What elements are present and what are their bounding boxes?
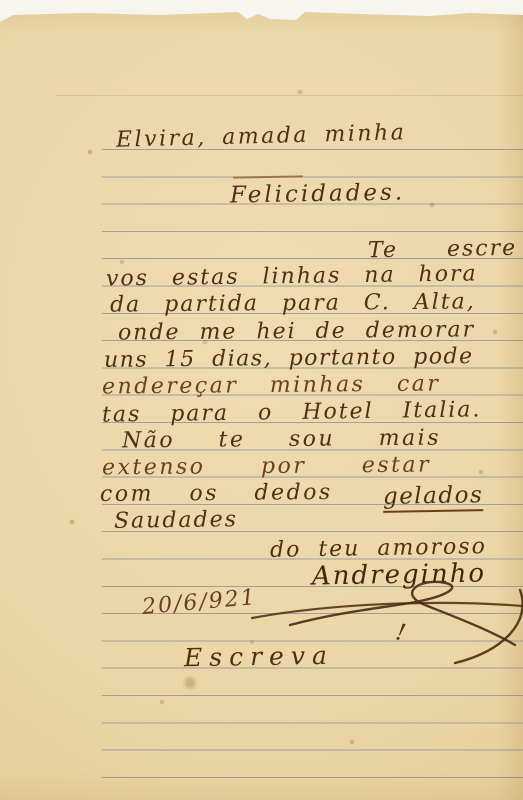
greeting-line: Felicidades. [230, 179, 406, 208]
body-line: uns 15 dias, portanto pode [104, 344, 474, 373]
body-line: com os dedos [100, 480, 333, 507]
body-line: da partida para C. Alta, [110, 289, 476, 317]
body-line: Não te sou mais [122, 426, 441, 454]
body-line: vos estas linhas na hora [106, 261, 478, 291]
underlined-word: gelados [383, 482, 484, 513]
body-line: Te escre [368, 236, 518, 264]
farewell-line: Saudades [114, 507, 238, 534]
salutation-line: Elvira, amada minha [116, 120, 407, 153]
body-line: endereçar minhas car [102, 372, 441, 400]
postscript-line: Escreva [184, 641, 334, 673]
faint-fold-line [55, 95, 523, 96]
scanned-letter: Elvira, amada minha Felicidades. Te escr… [0, 0, 523, 800]
body-line: extenso por estar [102, 453, 431, 481]
signature: Andreginho [312, 558, 487, 591]
letter-paper: Elvira, amada minha Felicidades. Te escr… [0, 0, 523, 800]
body-line: tas para o Hotel Italia. [102, 397, 482, 427]
body-line: onde me hei de demorar [118, 317, 475, 345]
